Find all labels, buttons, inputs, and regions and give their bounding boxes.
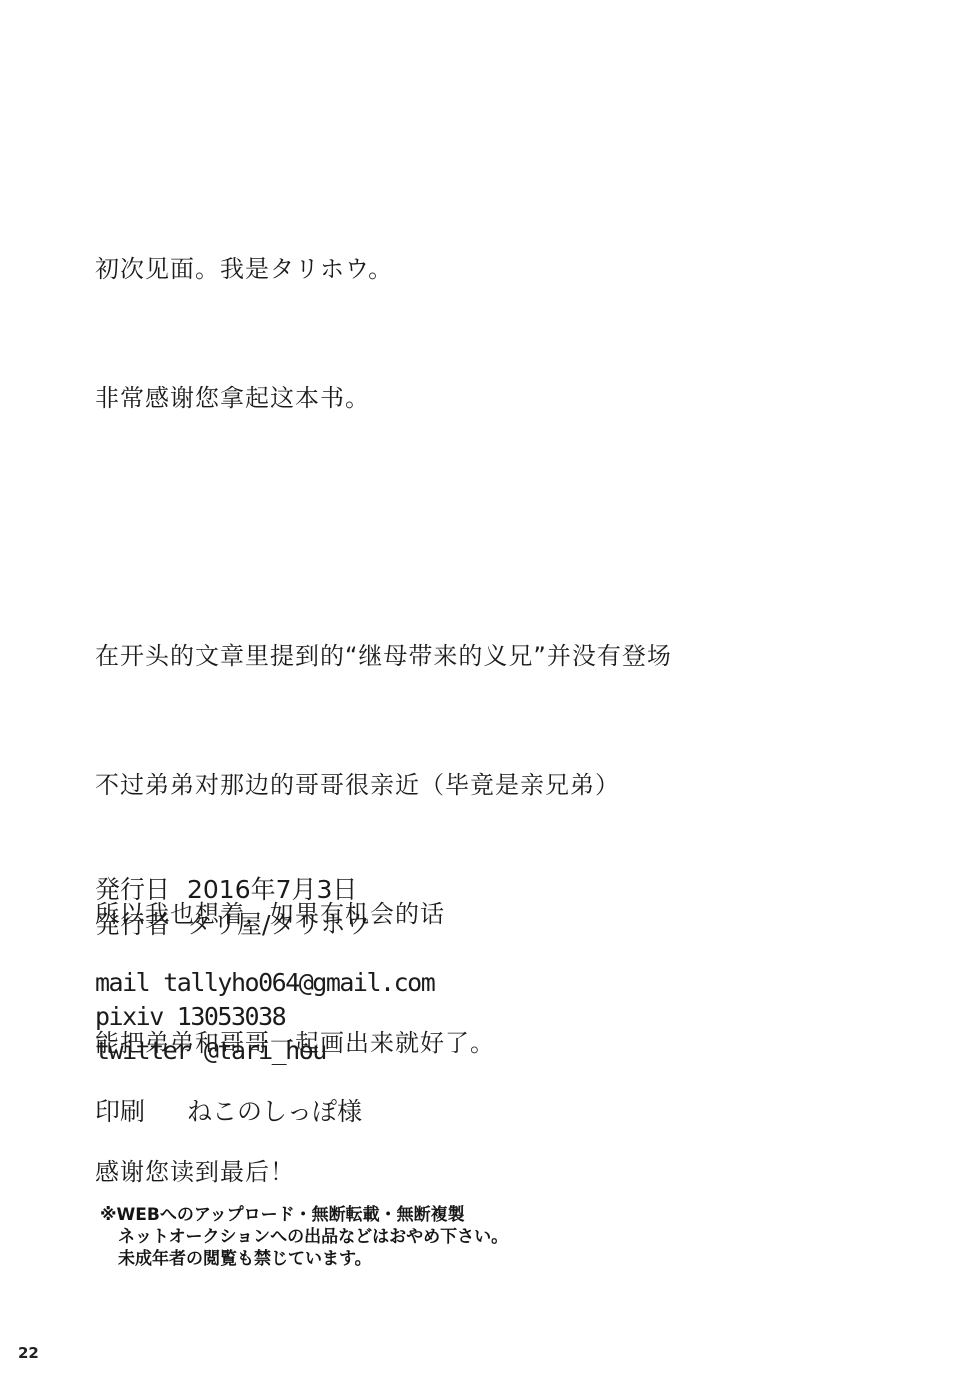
mail-label: mail: [95, 966, 149, 1000]
publisher-row: 発行者 タリ屋/タリホウ: [95, 907, 370, 942]
page-number: 22: [18, 1344, 39, 1362]
pixiv-row: pixiv 13053038: [95, 1000, 434, 1034]
publish-date-value: 2016年7月3日: [187, 872, 357, 907]
notice-line: ※WEBへのアップロード・無断転載・無断複製: [100, 1204, 508, 1226]
pixiv-label: pixiv: [95, 1000, 163, 1034]
printer-name: ねこのしっぽ様: [187, 1094, 362, 1129]
contacts-block: mail tallyho064@gmail.com pixiv 13053038…: [95, 966, 434, 1068]
printer-row: 印刷 ねこのしっぽ様: [95, 1094, 362, 1129]
publisher-value: タリ屋/タリホウ: [187, 907, 370, 942]
publish-date-label: 発行日: [95, 872, 187, 907]
printer-label: 印刷: [95, 1094, 187, 1129]
afterword-line: 初次见面。我是タリホウ。: [95, 248, 672, 291]
twitter-handle: @tari_hou: [204, 1034, 326, 1068]
notice-line: ネットオークションへの出品などはおやめ下さい。: [100, 1226, 508, 1248]
paragraph-gap: [95, 506, 672, 549]
notice-line: 未成年者の閲覧も禁じています。: [100, 1248, 508, 1270]
afterword-line: 感谢您读到最后！: [95, 1151, 672, 1194]
mail-address: tallyho064@gmail.com: [163, 966, 434, 1000]
twitter-row: twitter @tari_hou: [95, 1034, 434, 1068]
publisher-label: 発行者: [95, 907, 187, 942]
scanned-page: 初次见面。我是タリホウ。 非常感谢您拿起这本书。 在开头的文章里提到的“继母带来…: [0, 0, 980, 1383]
mail-row: mail tallyho064@gmail.com: [95, 966, 434, 1000]
colophon-block: 発行日 2016年7月3日 発行者 タリ屋/タリホウ: [95, 872, 370, 942]
twitter-label: twitter: [95, 1034, 190, 1068]
afterword-line: 非常感谢您拿起这本书。: [95, 377, 672, 420]
afterword-line: 不过弟弟对那边的哥哥很亲近（毕竟是亲兄弟）: [95, 764, 672, 807]
copyright-notice: ※WEBへのアップロード・無断転載・無断複製 ネットオークションへの出品などはお…: [100, 1204, 508, 1270]
pixiv-id: 13053038: [177, 1000, 285, 1034]
afterword-line: 在开头的文章里提到的“继母带来的义兄”并没有登场: [95, 635, 672, 678]
publish-date-row: 発行日 2016年7月3日: [95, 872, 370, 907]
